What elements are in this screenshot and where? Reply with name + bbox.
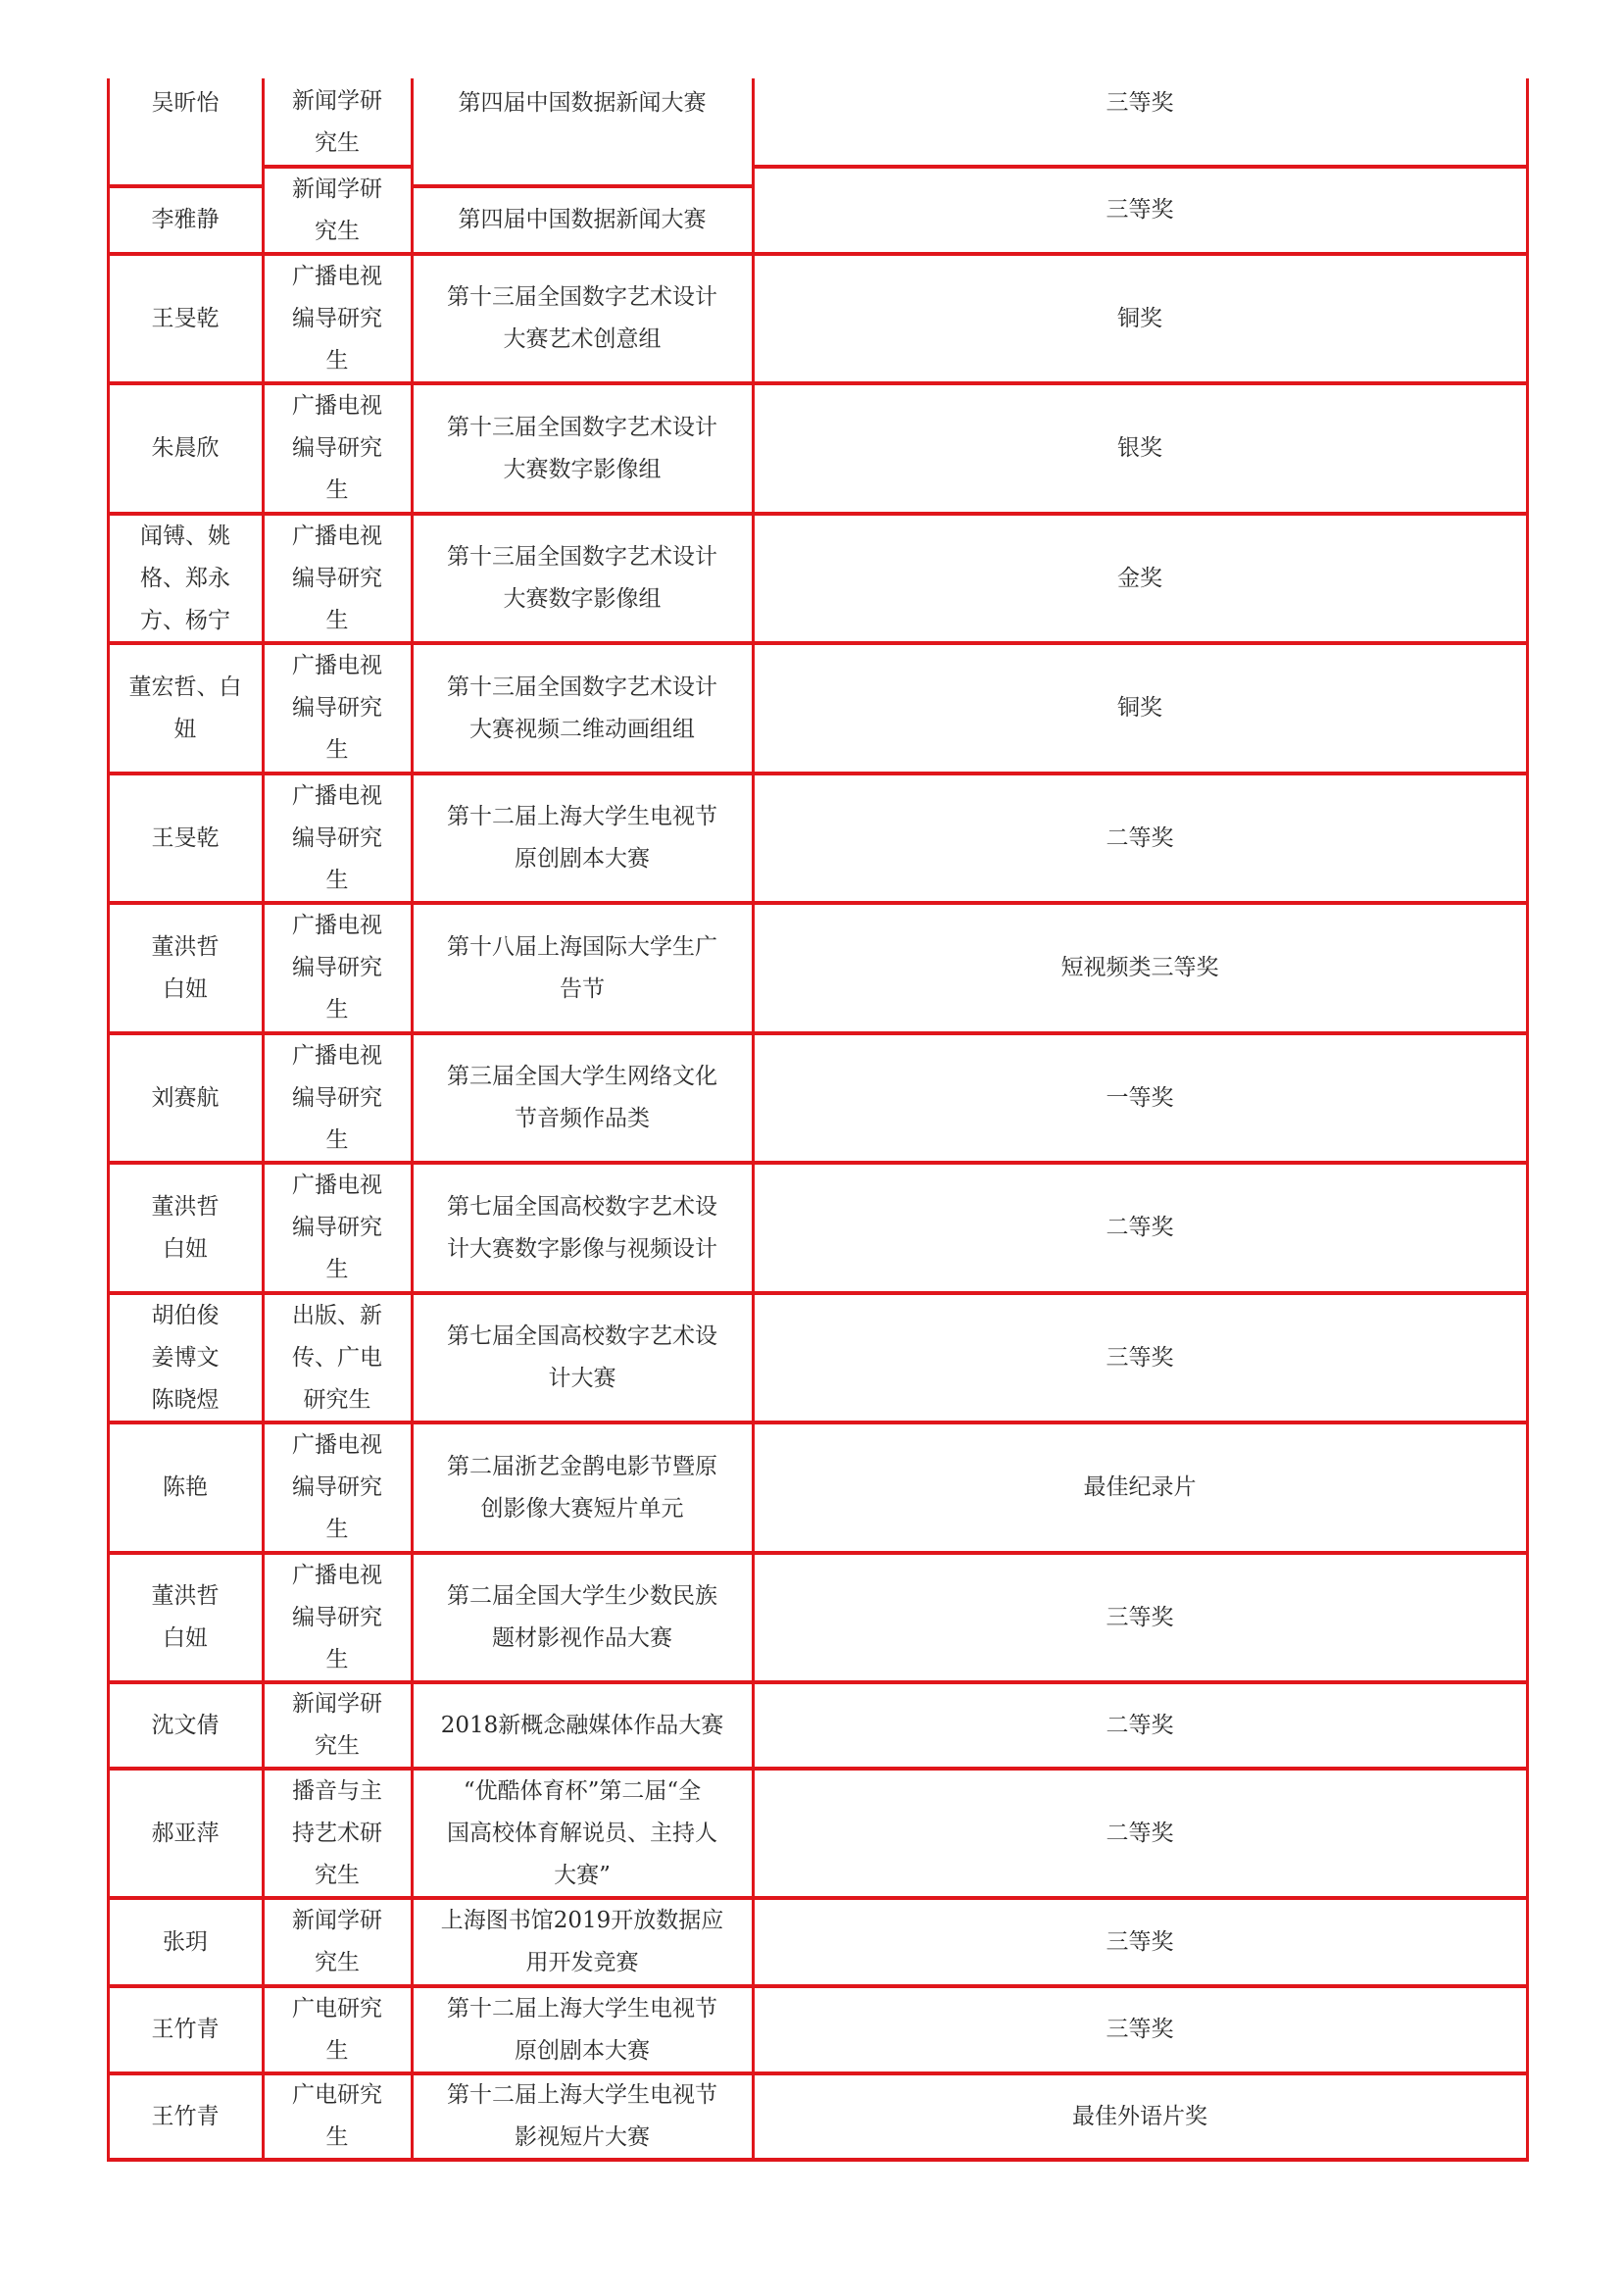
cell-name: 董洪哲 白妞 xyxy=(108,903,263,1033)
cell-major: 广播电视 编导研究 生 xyxy=(263,774,412,903)
cell-name: 沈文倩 xyxy=(108,1682,263,1769)
cell-award: 一等奖 xyxy=(753,1033,1527,1163)
cell-name: 吴昕怡 xyxy=(108,78,263,186)
row-border xyxy=(107,2071,1529,2075)
row-border xyxy=(107,512,1529,516)
cell-competition: 第十二届上海大学生电视节 原创剧本大赛 xyxy=(412,774,753,903)
cell-competition: 第二届全国大学生少数民族 题材影视作品大赛 xyxy=(412,1553,753,1682)
cell-major: 播音与主 持艺术研 究生 xyxy=(263,1769,412,1898)
row-border xyxy=(107,1680,1529,1684)
cell-award: 三等奖 xyxy=(753,1898,1527,1986)
row-border xyxy=(107,1291,1529,1295)
cell-major: 新闻学研 究生 xyxy=(263,1898,412,1986)
cell-name: 刘赛航 xyxy=(108,1033,263,1163)
cell-major: 广播电视 编导研究 生 xyxy=(263,903,412,1033)
cell-name: 王竹青 xyxy=(108,2073,263,2160)
cell-competition: 第十八届上海国际大学生广 告节 xyxy=(412,903,753,1033)
cell-award: 最佳外语片奖 xyxy=(753,2073,1527,2160)
cell-award: 三等奖 xyxy=(753,167,1527,254)
row-border xyxy=(107,1896,1529,1900)
row-border xyxy=(107,381,1529,385)
cell-major: 广播电视 编导研究 生 xyxy=(263,383,412,514)
row-border xyxy=(107,1421,1529,1424)
cell-competition: 第七届全国高校数字艺术设 计大赛数字影像与视频设计 xyxy=(412,1163,753,1293)
cell-name: 郝亚萍 xyxy=(108,1769,263,1898)
cell-name: 王旻乾 xyxy=(108,254,263,383)
cell-major: 广播电视 编导研究 生 xyxy=(263,1163,412,1293)
cell-award: 三等奖 xyxy=(753,1553,1527,1682)
row-border xyxy=(107,1551,1529,1555)
cell-award: 二等奖 xyxy=(753,1163,1527,1293)
cell-name: 陈艳 xyxy=(108,1423,263,1553)
cell-name: 闻镈、姚 格、郑永 方、杨宁 xyxy=(108,514,263,643)
cell-award: 铜奖 xyxy=(753,643,1527,774)
row-border xyxy=(107,772,1529,775)
cell-major: 新闻学研 究生 xyxy=(263,78,412,167)
cell-major: 广播电视 编导研究 生 xyxy=(263,514,412,643)
cell-award: 二等奖 xyxy=(753,774,1527,903)
cell-award: 最佳纪录片 xyxy=(753,1423,1527,1553)
cell-major: 广播电视 编导研究 生 xyxy=(263,254,412,383)
cell-major: 广电研究 生 xyxy=(263,2073,412,2160)
cell-competition: 第十三届全国数字艺术设计 大赛艺术创意组 xyxy=(412,254,753,383)
cell-major: 广播电视 编导研究 生 xyxy=(263,643,412,774)
cell-competition: “优酷体育杯”第二届“全 国高校体育解说员、主持人 大赛” xyxy=(412,1769,753,1898)
cell-award: 金奖 xyxy=(753,514,1527,643)
row-border xyxy=(107,901,1529,905)
row-border xyxy=(107,1984,1529,1988)
cell-major: 广播电视 编导研究 生 xyxy=(263,1423,412,1553)
cell-major: 新闻学研 究生 xyxy=(263,1682,412,1769)
cell-competition: 第二届浙艺金鹊电影节暨原 创影像大赛短片单元 xyxy=(412,1423,753,1553)
cell-competition: 上海图书馆2019开放数据应 用开发竞赛 xyxy=(412,1898,753,1986)
cell-award: 铜奖 xyxy=(753,254,1527,383)
cell-competition: 第三届全国大学生网络文化 节音频作品类 xyxy=(412,1033,753,1163)
row-border xyxy=(107,2158,1529,2162)
cell-major: 新闻学研 究生 xyxy=(263,167,412,254)
cell-name: 董洪哲 白妞 xyxy=(108,1553,263,1682)
row-border xyxy=(107,1767,1529,1771)
cell-competition: 第四届中国数据新闻大赛 xyxy=(412,186,753,254)
cell-major: 广电研究 生 xyxy=(263,1986,412,2073)
cell-award: 三等奖 xyxy=(753,1986,1527,2073)
cell-award: 三等奖 xyxy=(753,78,1527,167)
cell-competition: 2018新概念融媒体作品大赛 xyxy=(412,1682,753,1769)
cell-competition: 第十二届上海大学生电视节 原创剧本大赛 xyxy=(412,1986,753,2073)
cell-competition: 第七届全国高校数字艺术设 计大赛 xyxy=(412,1293,753,1423)
cell-name: 朱晨欣 xyxy=(108,383,263,514)
row-border xyxy=(107,1031,1529,1035)
cell-award: 二等奖 xyxy=(753,1769,1527,1898)
cell-competition: 第十二届上海大学生电视节 影视短片大赛 xyxy=(412,2073,753,2160)
cell-name: 王竹青 xyxy=(108,1986,263,2073)
cell-name: 王旻乾 xyxy=(108,774,263,903)
row-border xyxy=(107,252,1529,256)
cell-major: 广播电视 编导研究 生 xyxy=(263,1033,412,1163)
cell-competition: 第四届中国数据新闻大赛 xyxy=(412,78,753,186)
cell-name: 李雅静 xyxy=(108,186,263,254)
cell-award: 二等奖 xyxy=(753,1682,1527,1769)
cell-award: 三等奖 xyxy=(753,1293,1527,1423)
cell-name: 董宏哲、白 妞 xyxy=(108,643,263,774)
cell-competition: 第十三届全国数字艺术设计 大赛视频二维动画组组 xyxy=(412,643,753,774)
cell-award: 短视频类三等奖 xyxy=(753,903,1527,1033)
cell-competition: 第十三届全国数字艺术设计 大赛数字影像组 xyxy=(412,514,753,643)
cell-name: 张玥 xyxy=(108,1898,263,1986)
cell-major: 广播电视 编导研究 生 xyxy=(263,1553,412,1682)
cell-name: 董洪哲 白妞 xyxy=(108,1163,263,1293)
cell-name: 胡伯俊 姜博文 陈晓煜 xyxy=(108,1293,263,1423)
row-border xyxy=(107,641,1529,645)
cell-competition: 第十三届全国数字艺术设计 大赛数字影像组 xyxy=(412,383,753,514)
row-border xyxy=(107,1161,1529,1165)
cell-award: 银奖 xyxy=(753,383,1527,514)
cell-major: 出版、新 传、广电 研究生 xyxy=(263,1293,412,1423)
